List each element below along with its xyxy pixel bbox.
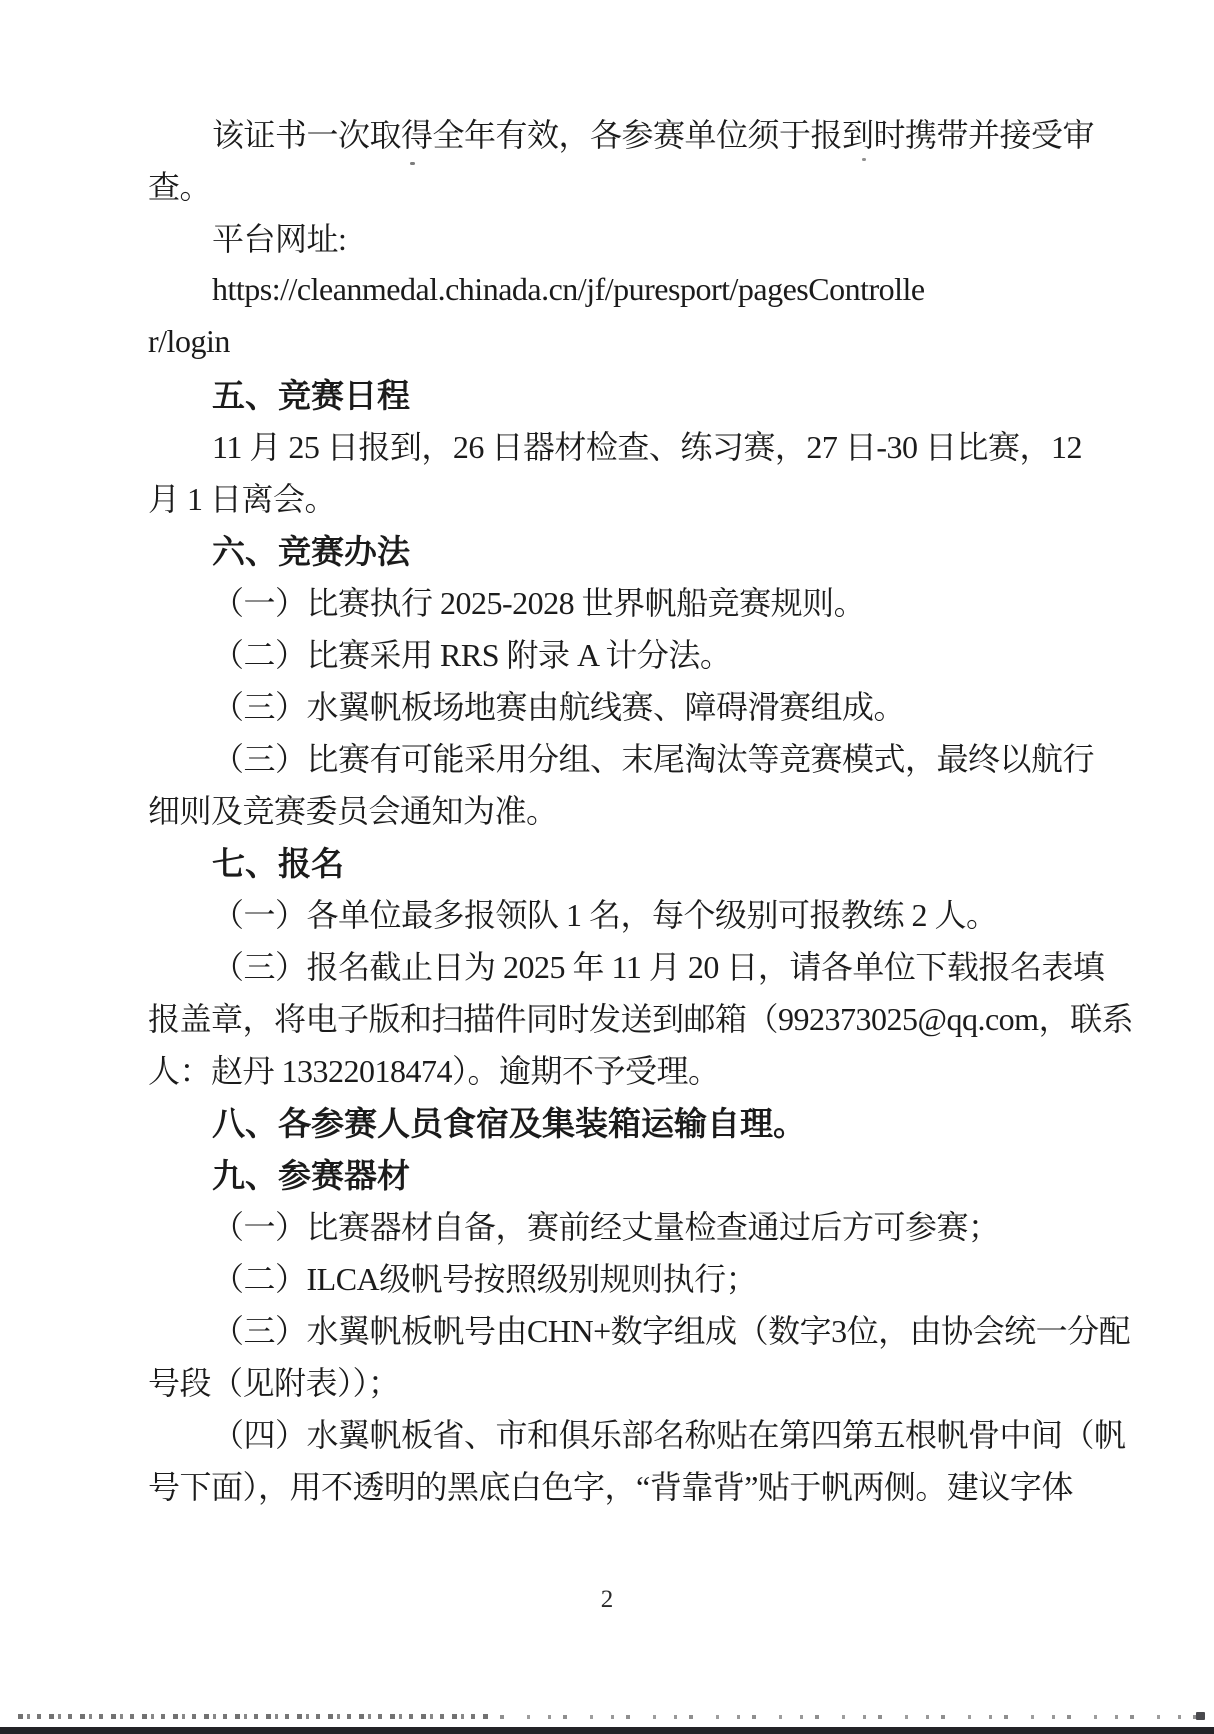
document-page: 该证书一次取得全年有效，各参赛单位须于报到时携带并接受审查。平台网址:https… xyxy=(0,0,1214,1734)
document-body: 该证书一次取得全年有效，各参赛单位须于报到时携带并接受审查。平台网址:https… xyxy=(148,107,1158,1511)
section-heading: 五、竞赛日程 xyxy=(148,367,1158,419)
section-heading: 八、各参赛人员食宿及集装箱运输自理。 xyxy=(148,1095,1158,1147)
text-line: （一）比赛器材自备，赛前经丈量检查通过后方可参赛； xyxy=(148,1199,1158,1251)
text-line: （三）水翼帆板帆号由CHN+数字组成（数字3位，由协会统一分配 xyxy=(148,1303,1158,1355)
text-line: （二）ILCA级帆号按照级别规则执行； xyxy=(148,1251,1158,1303)
text-line: 11 月 25 日报到，26 日器材检查、练习赛，27 日-30 日比赛，12 xyxy=(148,419,1158,471)
scan-speck xyxy=(862,158,866,161)
text-line: （一）比赛执行 2025-2028 世界帆船竞赛规则。 xyxy=(148,575,1158,627)
text-line: （四）水翼帆板省、市和俱乐部名称贴在第四第五根帆骨中间（帆 xyxy=(148,1407,1158,1459)
text-line: （三）报名截止日为 2025 年 11 月 20 日，请各单位下载报名表填 xyxy=(148,939,1158,991)
text-line: （一）各单位最多报领队 1 名，每个级别可报教练 2 人。 xyxy=(148,887,1158,939)
text-line: （三）比赛有可能采用分组、末尾淘汰等竞赛模式，最终以航行 xyxy=(148,731,1158,783)
text-line: 报盖章，将电子版和扫描件同时发送到邮箱（992373025@qq.com，联系 xyxy=(148,991,1158,1043)
text-line: 细则及竞赛委员会通知为准。 xyxy=(148,783,1158,835)
text-line: （三）水翼帆板场地赛由航线赛、障碍滑赛组成。 xyxy=(148,679,1158,731)
text-line: 月 1 日离会。 xyxy=(148,471,1158,523)
section-heading: 九、参赛器材 xyxy=(148,1147,1158,1199)
text-line: 人：赵丹 13322018474）。逾期不予受理。 xyxy=(148,1043,1158,1095)
text-line: 号段（见附表））； xyxy=(148,1355,1158,1407)
text-line: 号下面），用不透明的黑底白色字，“背靠背”贴于帆两侧。建议字体 xyxy=(148,1459,1158,1511)
page-number: 2 xyxy=(0,1586,1214,1614)
text-line: （二）比赛采用 RRS 附录 A 计分法。 xyxy=(148,627,1158,679)
scan-noise-line xyxy=(500,1715,1200,1719)
text-line: 查。 xyxy=(148,159,1158,211)
text-line: 平台网址: xyxy=(148,211,1158,263)
scan-noise-blob xyxy=(1196,1712,1205,1720)
scan-edge-band xyxy=(0,1727,1214,1734)
scan-speck xyxy=(410,162,415,165)
section-heading: 七、报名 xyxy=(148,835,1158,887)
text-line: 该证书一次取得全年有效，各参赛单位须于报到时携带并接受审 xyxy=(148,107,1158,159)
text-line: https://cleanmedal.chinada.cn/jf/purespo… xyxy=(148,263,1158,315)
scan-noise-line xyxy=(18,1714,488,1719)
text-line: r/login xyxy=(148,315,1158,367)
section-heading: 六、竞赛办法 xyxy=(148,523,1158,575)
